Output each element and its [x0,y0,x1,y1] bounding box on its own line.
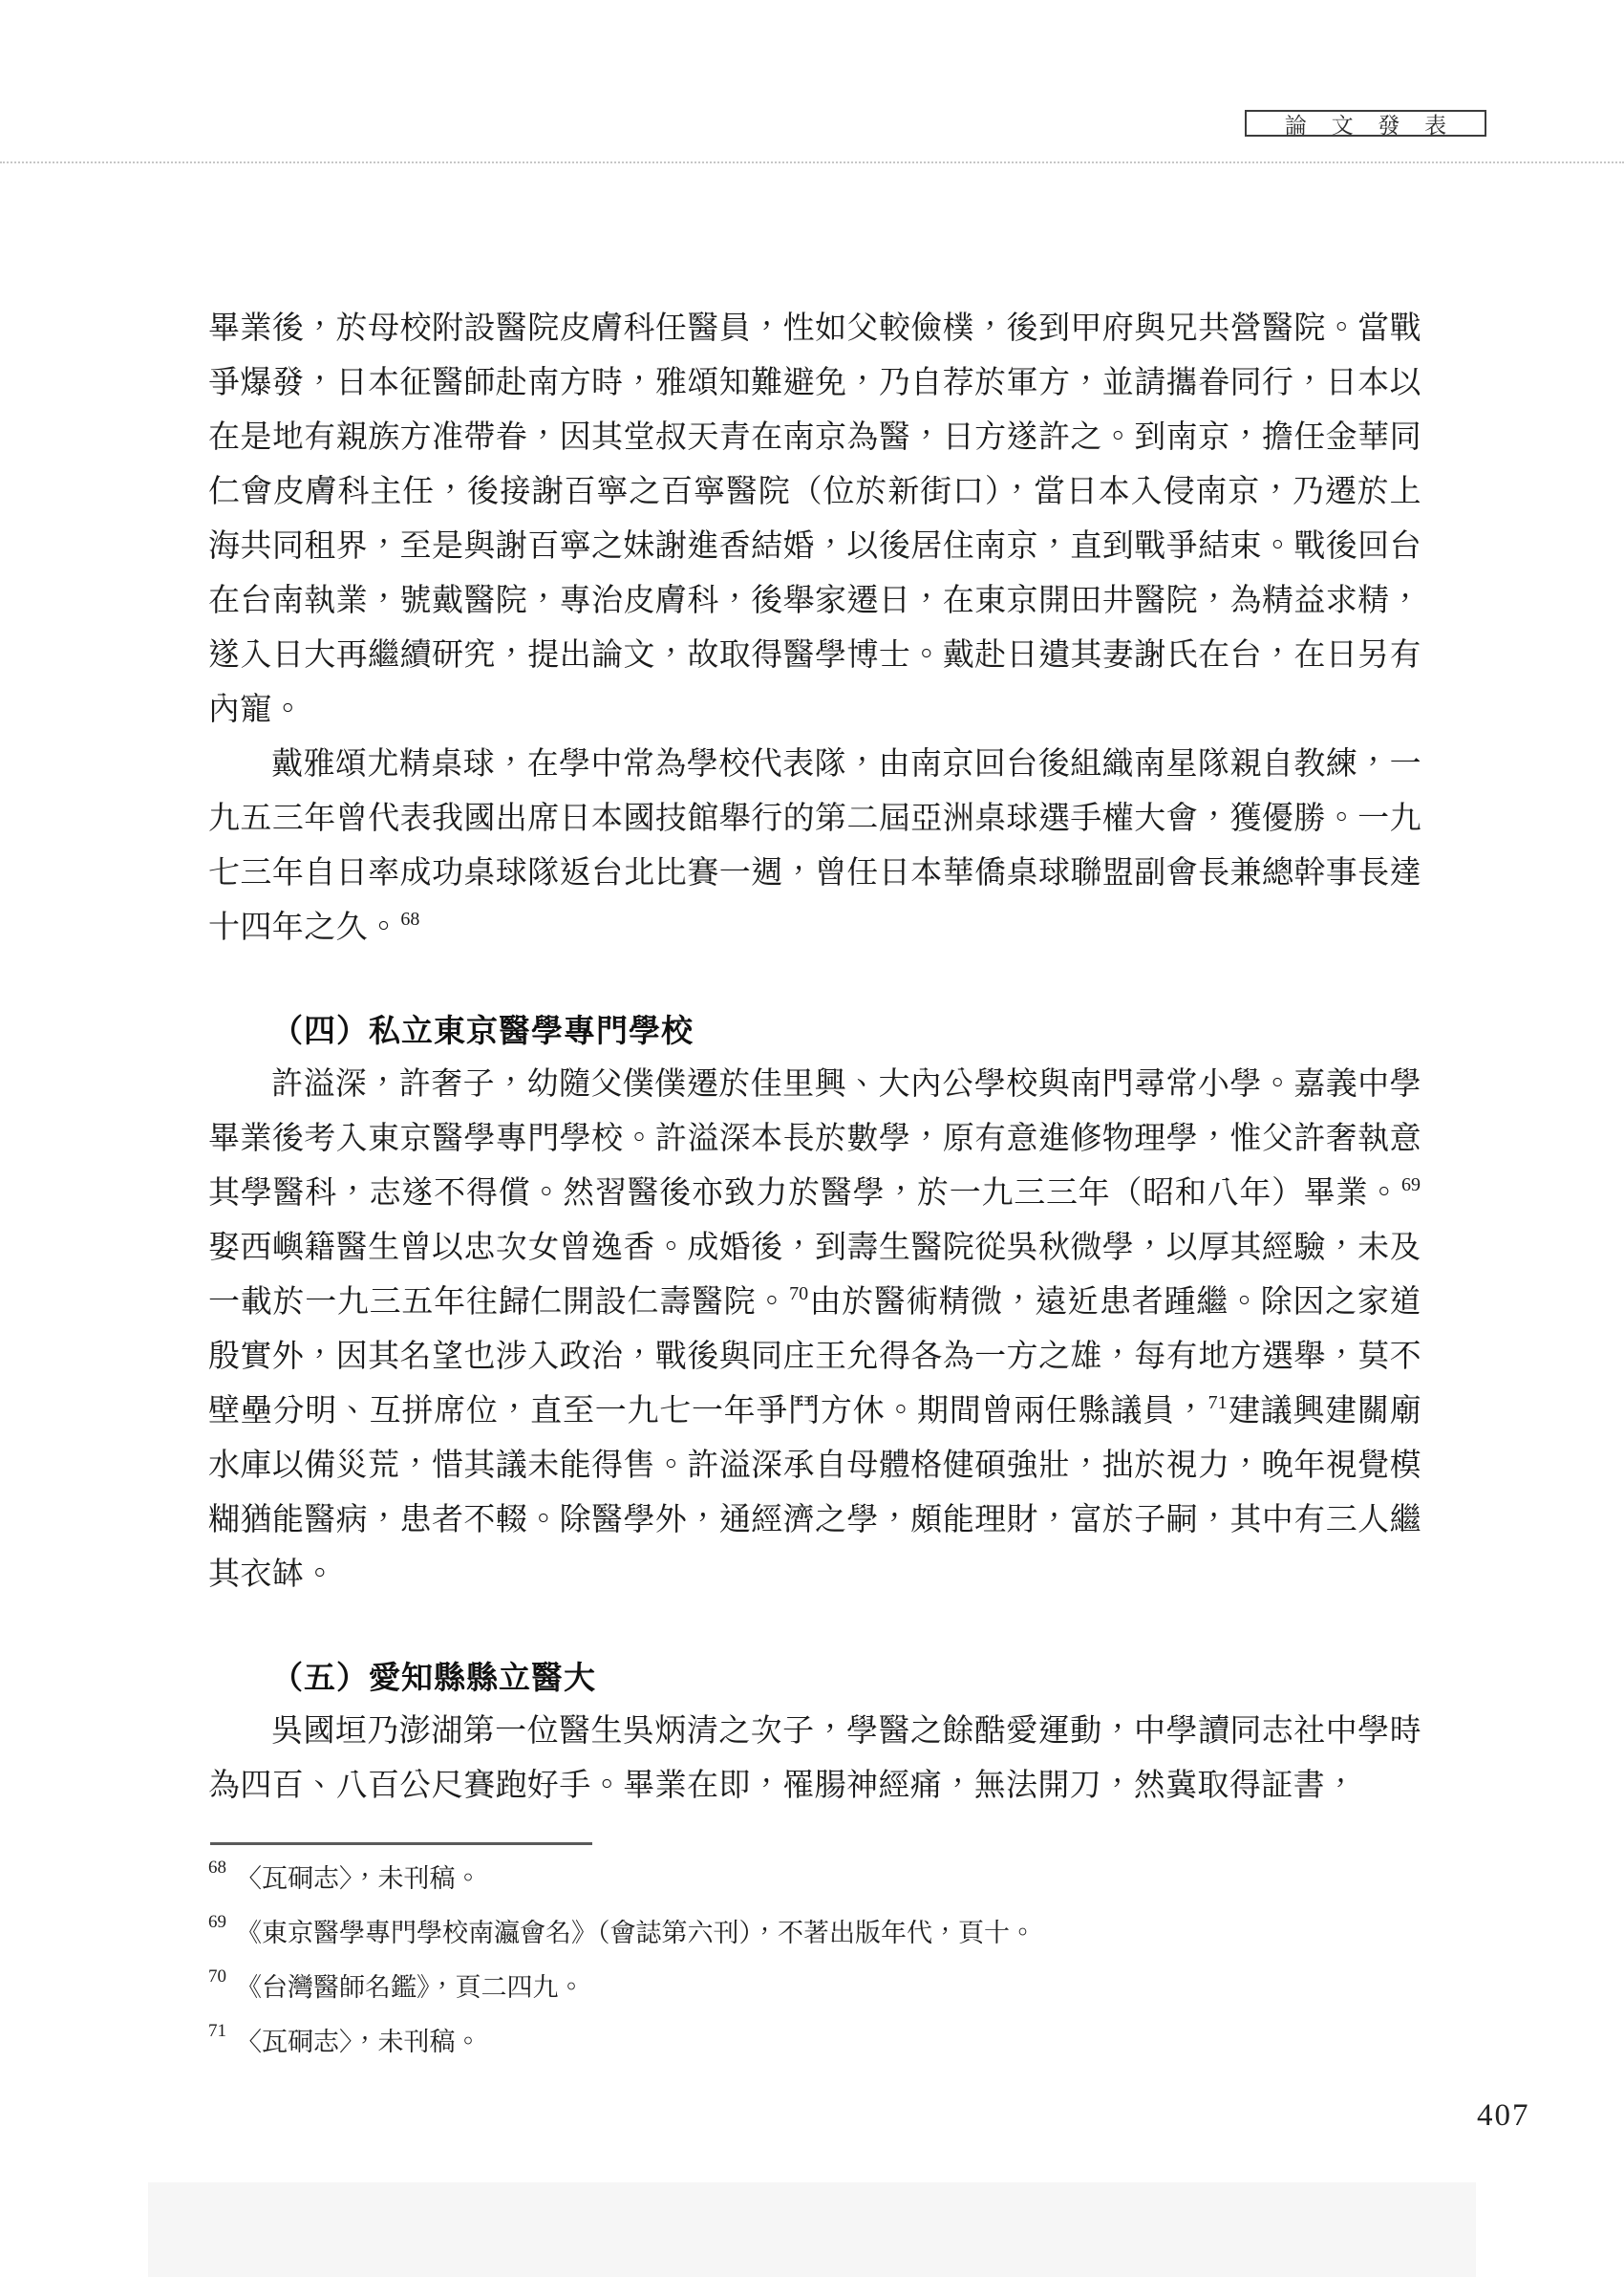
running-header-title: 論 文 發 表 [1275,108,1456,140]
footnote-text: 《東京醫學專門學校南瀛會名》（會誌第六刊），不著出版年代，頁十。 [236,1919,1036,1947]
footnote-number: 69 [208,1912,226,1932]
footnote-70: 70《台灣醫師名鑑》，頁二四九。 [208,1961,1431,2015]
footnote-ref-69: 69 [1401,1174,1421,1195]
footnote-71: 71〈瓦硐志〉，未刊稿。 [208,2015,1431,2070]
running-header: 論 文 發 表 [1245,110,1486,137]
footnotes: 68〈瓦硐志〉，未刊稿。69《東京醫學專門學校南瀛會名》（會誌第六刊），不著出版… [208,1852,1431,2070]
footnote-ref-68: 68 [400,909,419,930]
header-divider-dotted-rule [0,161,1624,163]
footnote-ref-71: 71 [1208,1392,1228,1413]
section-heading-5: （五）愛知縣縣立醫大 [208,1650,1421,1705]
paragraph-xu-yishen: 許溢深，許奢子，幼隨父僕僕遷於佳里興、大內公學校與南門尋常小學。嘉義中學畢業後考… [208,1058,1421,1602]
footnote-number: 71 [208,2021,226,2041]
footnote-number: 68 [208,1858,226,1878]
body-text-segment: 許溢深，許奢子，幼隨父僕僕遷於佳里興、大內公學校與南門尋常小學。嘉義中學畢業後考… [208,1067,1421,1211]
paragraph-dai-yasong-tabletennis: 戴雅頌尤精桌球，在學中常為學校代表隊，由南京回台後組織南星隊親自教練，一九五三年… [208,738,1421,956]
footnote-68: 68〈瓦硐志〉，未刊稿。 [208,1852,1431,1906]
page: { "page": { "header": { "title": "論 文 發 … [0,0,1624,2277]
body-text-segment: 畢業後，於母校附設醫院皮膚科任醫員，性如父較儉樸，後到甲府與兄共營醫院。當戰爭爆… [208,311,1421,727]
section-heading-4: （四）私立東京醫學專門學校 [208,1003,1421,1058]
body-text-segment: 戴雅頌尤精桌球，在學中常為學校代表隊，由南京回台後組織南星隊親自教練，一九五三年… [208,747,1421,945]
paragraph-dai-yasong-career: 畢業後，於母校附設醫院皮膚科任醫員，性如父較儉樸，後到甲府與兄共營醫院。當戰爭爆… [208,302,1421,738]
footnote-number: 70 [208,1966,226,1987]
article-body: 畢業後，於母校附設醫院皮膚科任醫員，性如父較儉樸，後到甲府與兄共營醫院。當戰爭爆… [208,302,1421,1814]
footnote-text: 〈瓦硐志〉，未刊稿。 [236,1864,481,1893]
footnote-separator-rule [210,1842,592,1845]
footnote-text: 〈瓦硐志〉，未刊稿。 [236,2028,481,2056]
page-number: 407 [1477,2098,1530,2134]
footnote-ref-70: 70 [789,1283,808,1304]
footnote-69: 69《東京醫學專門學校南瀛會名》（會誌第六刊），不著出版年代，頁十。 [208,1906,1431,1961]
footnote-text: 《台灣醫師名鑑》，頁二四九。 [236,1973,585,2002]
scan-artifact-band [148,2182,1476,2277]
body-text-segment: 吳國垣乃澎湖第一位醫生吳炳清之次子，學醫之餘酷愛運動，中學讀同志社中學時為四百、… [208,1714,1421,1803]
paragraph-wu-guoyuan: 吳國垣乃澎湖第一位醫生吳炳清之次子，學醫之餘酷愛運動，中學讀同志社中學時為四百、… [208,1705,1421,1814]
